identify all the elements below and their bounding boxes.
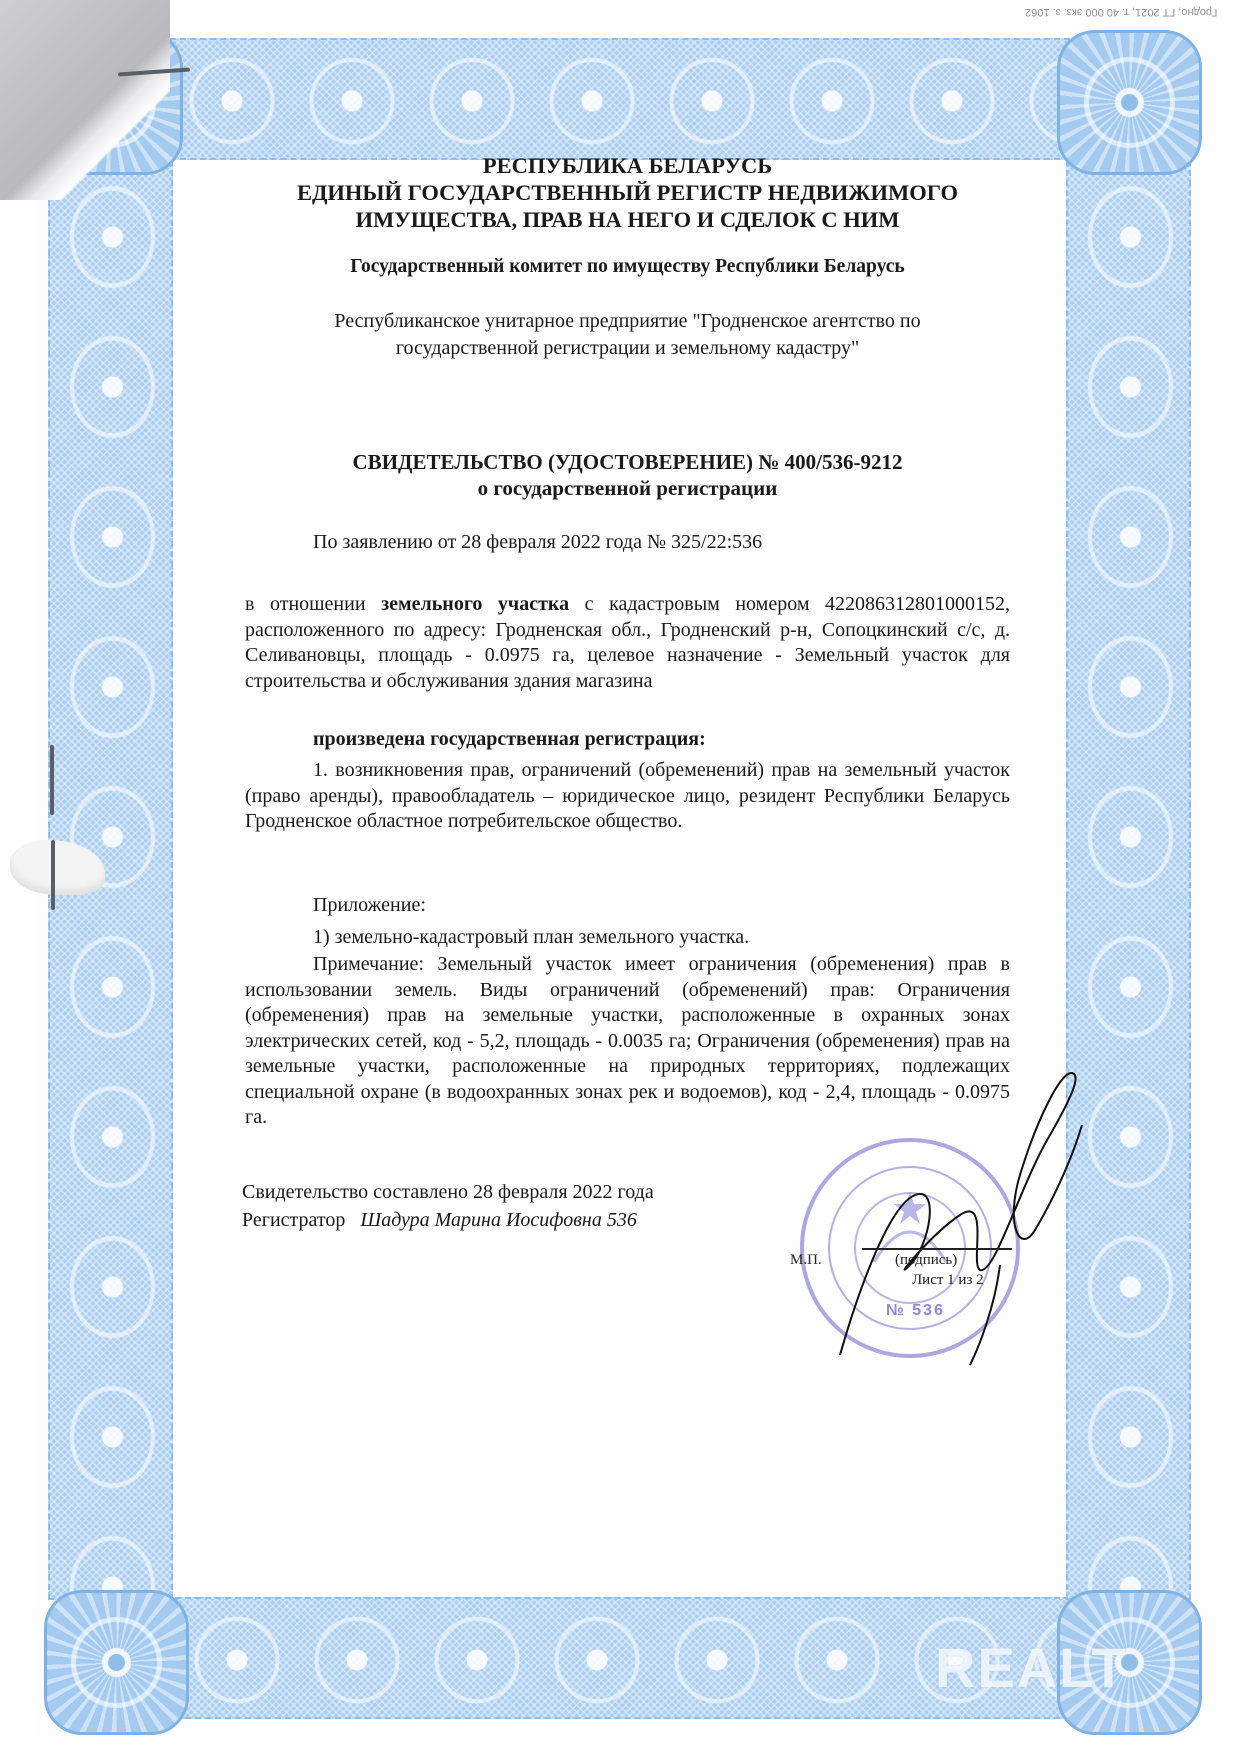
signature-line [862,1248,1012,1250]
seal-label: М.П. [790,1252,822,1269]
signature-scribble-icon [820,1055,1090,1375]
application-line: По заявлению от 28 февраля 2022 года № 3… [313,530,762,555]
folded-corner [0,0,170,200]
signature-label: (подпись) [895,1252,957,1269]
certificate-title: СВИДЕТЕЛЬСТВО (УДОСТОВЕРЕНИЕ) № 400/536-… [245,449,1010,475]
staple-left-upper [50,745,54,815]
registrar-label: Регистратор [242,1209,345,1231]
subject-bold: земельного участка [381,593,569,615]
country-heading: РЕСПУБЛИКА БЕЛАРУСЬ [245,152,1010,179]
certificate-subtitle: о государственной регистрации [245,475,1010,501]
watermark-logo: REALT [935,1635,1128,1700]
issued-line: Свидетельство составлено 28 февраля 2022… [242,1180,654,1205]
registry-heading-line2: ИМУЩЕСТВА, ПРАВ НА НЕГО И СДЕЛОК С НИМ [245,206,1010,233]
staple-left-lower [51,840,55,910]
printer-note: Гродно, ГТ 2021, т. 40 000 экз. з. 1062 [1025,6,1217,18]
subject-prefix: в отношении [245,593,381,615]
registrar-name: Шадура Марина Иосифовна 536 [360,1209,636,1231]
registry-heading-line1: ЕДИНЫЙ ГОСУДАРСТВЕННЫЙ РЕГИСТР НЕДВИЖИМО… [245,179,1010,206]
rosette-corner-top-right [1057,30,1202,175]
document-sheet [35,30,1215,1735]
rosette-corner-bottom-left [44,1590,189,1735]
organization-line1: Республиканское унитарное предприятие "Г… [245,308,1010,335]
guilloche-border-right [1066,160,1191,1600]
organization-line2: государственной регистрации и земельному… [245,335,1010,362]
committee-heading: Государственный комитет по имуществу Рес… [245,256,1010,278]
registration-heading: произведена государственная регистрация: [313,727,706,752]
guilloche-border-top [170,38,1070,160]
appendix-label: Приложение: [313,893,426,918]
subject-paragraph: в отношении земельного участка с кадастр… [245,592,1010,694]
sheet-number: Лист 1 из 2 [912,1272,984,1289]
appendix-item: 1) земельно-кадастровый план земельного … [313,925,749,950]
registration-item-1: 1. возникновения прав, ограничений (обре… [245,758,1010,835]
registrar-line: Регистратор Шадура Марина Иосифовна 536 [242,1208,637,1233]
